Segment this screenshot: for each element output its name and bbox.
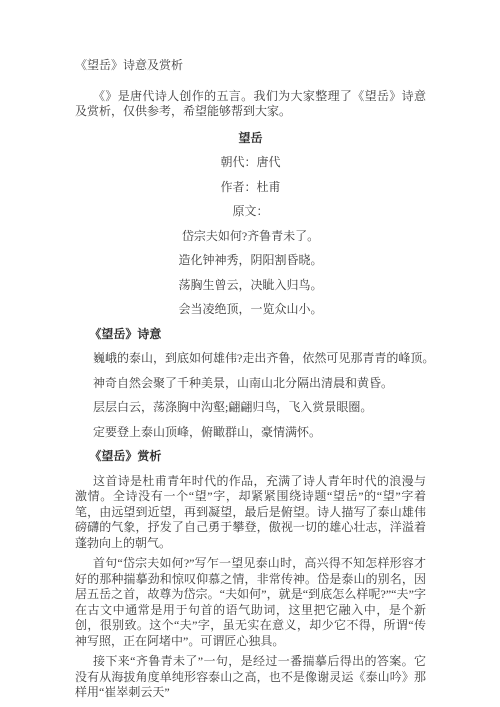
poem-line-4: 会当凌绝顶，一览众山小。	[75, 302, 426, 318]
poem-original-label: 原文：	[75, 204, 426, 220]
meaning-line-1: 巍峨的泰山，到底如何雄伟?走出齐鲁，依然可见那青青的峰顶。	[75, 351, 426, 367]
poem-title: 望岳	[75, 131, 426, 147]
poem-line-1: 岱宗夫如何?齐鲁青未了。	[75, 229, 426, 245]
meaning-line-3: 层层白云，荡涤胸中沟壑;翩翩归鸟，飞入赏景眼圈。	[75, 400, 426, 416]
meaning-line-2: 神奇自然会聚了千种美景，山南山北分隔出清晨和黄昏。	[75, 376, 426, 392]
analysis-paragraph-2: 首句“岱宗夫如何?”写乍一望见泰山时，高兴得不知怎样形容才好的那种揣摹劲和惊叹仰…	[75, 556, 426, 649]
meaning-section-heading: 《望岳》诗意	[75, 327, 426, 343]
poem-line-2: 造化钟神秀，阴阳割昏晓。	[75, 253, 426, 269]
poem-dynasty-line: 朝代：唐代	[75, 155, 426, 171]
analysis-section-heading: 《望岳》赏析	[75, 449, 426, 465]
poem-author-line: 作者：杜甫	[75, 180, 426, 196]
poem-line-3: 荡胸生曾云，决眦入归鸟。	[75, 278, 426, 294]
intro-paragraph: 《》是唐代诗人创作的五言。我们为大家整理了《望岳》诗意及赏析，仅供参考，希望能够…	[75, 89, 426, 120]
document-page: 《望岳》诗意及赏析 《》是唐代诗人创作的五言。我们为大家整理了《望岳》诗意及赏析…	[0, 0, 500, 707]
meaning-line-4: 定要登上泰山顶峰，俯瞰群山，豪情满怀。	[75, 425, 426, 441]
analysis-paragraph-1: 这首诗是杜甫青年时代的作品，充满了诗人青年时代的浪漫与激情。全诗没有一个“望”字…	[75, 474, 426, 552]
analysis-paragraph-3: 接下来“齐鲁青未了”一句，是经过一番揣摹后得出的答案。它没有从海拔角度单纯形容泰…	[75, 654, 426, 701]
document-title: 《望岳》诗意及赏析	[75, 58, 426, 74]
